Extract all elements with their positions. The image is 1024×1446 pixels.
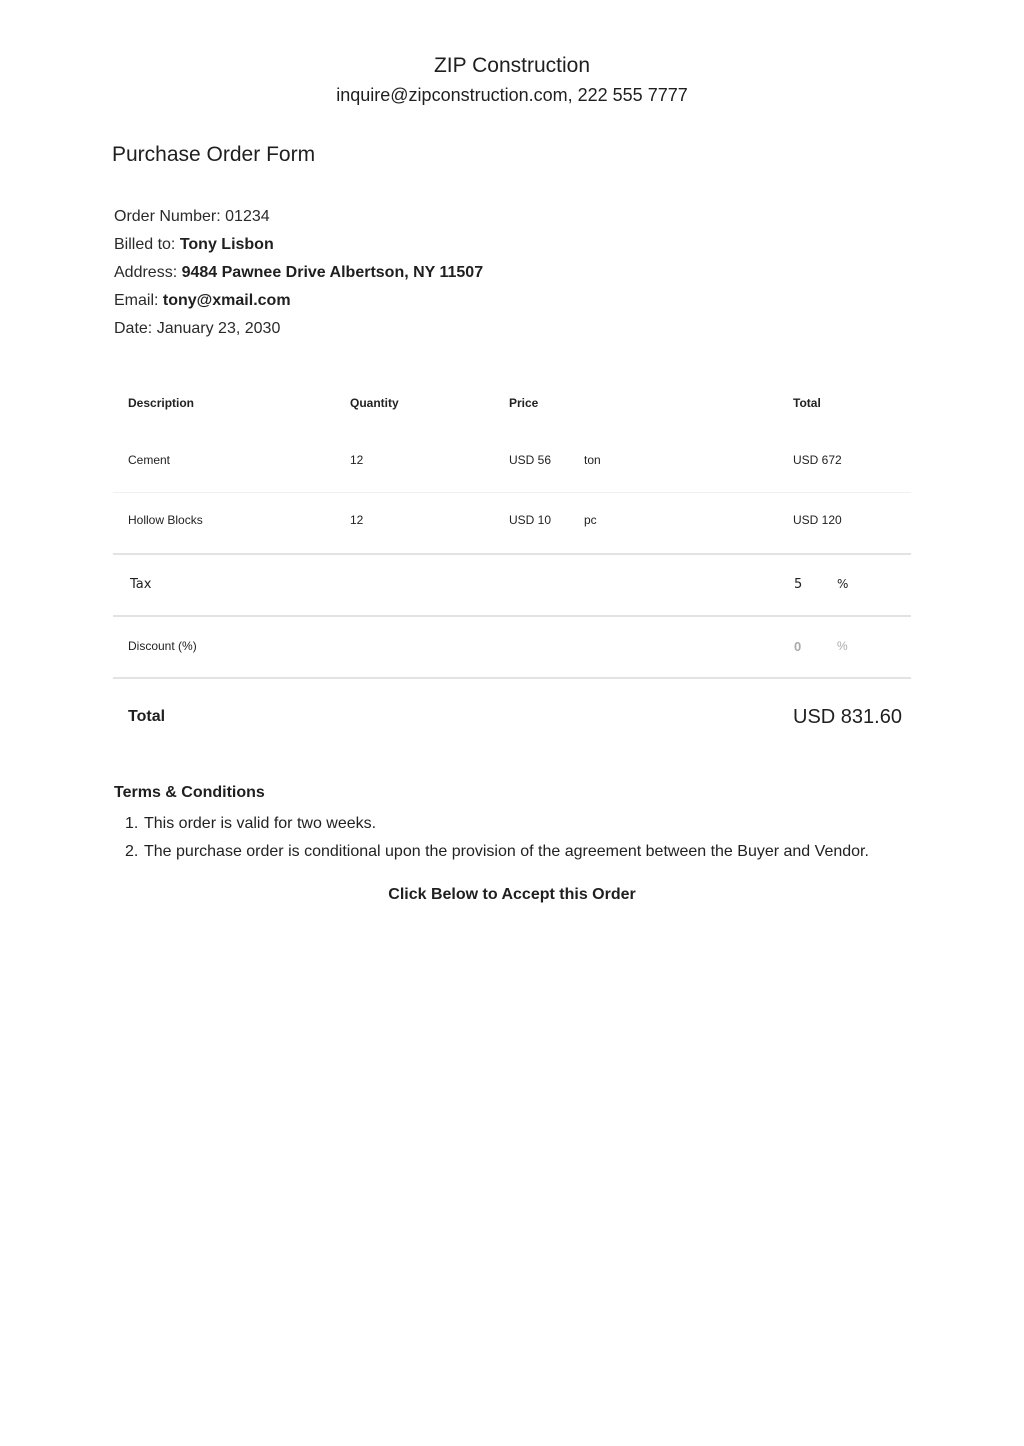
terms-item-text: This order is valid for two weeks. xyxy=(144,815,376,832)
tax-unit: % xyxy=(837,577,848,591)
terms-item-text: The purchase order is conditional upon t… xyxy=(144,843,869,860)
accept-order-text: Click Below to Accept this Order xyxy=(0,886,1024,904)
table-row: Hollow Blocks 12 USD 10 pc USD 120 xyxy=(113,493,911,555)
discount-row: Discount (%) 0 % xyxy=(113,617,911,679)
email-label: Email: xyxy=(114,292,163,309)
item-unit: pc xyxy=(584,513,597,527)
date-label: Date: xyxy=(114,320,157,337)
item-description: Hollow Blocks xyxy=(128,513,203,527)
terms-item-number: 2. xyxy=(125,838,138,866)
item-total: USD 120 xyxy=(793,513,842,527)
purchase-order-page: ZIP Construction inquire@zipconstruction… xyxy=(0,0,1024,1446)
order-number-label: Order Number: xyxy=(114,208,225,225)
tax-value[interactable]: 5 xyxy=(794,577,802,592)
billed-to-value: Tony Lisbon xyxy=(180,236,274,253)
terms-list: 1. This order is valid for two weeks. 2.… xyxy=(144,810,869,866)
discount-unit: % xyxy=(837,639,848,653)
items-table: Description Quantity Price Total Cement … xyxy=(113,372,911,759)
header-total: Total xyxy=(793,396,821,410)
billed-to-label: Billed to: xyxy=(114,236,180,253)
terms-title: Terms & Conditions xyxy=(114,784,265,802)
address-label: Address: xyxy=(114,264,182,281)
table-row: Cement 12 USD 56 ton USD 672 xyxy=(113,433,911,493)
date-value: January 23, 2030 xyxy=(157,320,281,337)
item-quantity: 12 xyxy=(350,453,363,467)
grand-total-label: Total xyxy=(128,708,165,726)
order-number-row: Order Number: 01234 xyxy=(114,203,483,231)
order-info: Order Number: 01234 Billed to: Tony Lisb… xyxy=(114,203,483,343)
grand-total-row: Total USD 831.60 xyxy=(113,679,911,759)
form-title: Purchase Order Form xyxy=(112,143,315,167)
item-unit: ton xyxy=(584,453,601,467)
email-value: tony@xmail.com xyxy=(163,292,291,309)
billed-to-row: Billed to: Tony Lisbon xyxy=(114,231,483,259)
item-price: USD 10 xyxy=(509,513,551,527)
address-row: Address: 9484 Pawnee Drive Albertson, NY… xyxy=(114,259,483,287)
header-price: Price xyxy=(509,396,538,410)
company-contact: inquire@zipconstruction.com, 222 555 777… xyxy=(0,85,1024,106)
email-row: Email: tony@xmail.com xyxy=(114,287,483,315)
order-number-value: 01234 xyxy=(225,208,270,225)
tax-row: Tax 5 % xyxy=(113,555,911,617)
tax-label: Tax xyxy=(130,577,151,592)
item-description: Cement xyxy=(128,453,170,467)
item-quantity: 12 xyxy=(350,513,363,527)
date-row: Date: January 23, 2030 xyxy=(114,315,483,343)
header-quantity: Quantity xyxy=(350,396,399,410)
company-name: ZIP Construction xyxy=(0,54,1024,78)
discount-label: Discount (%) xyxy=(128,639,197,653)
item-price: USD 56 xyxy=(509,453,551,467)
grand-total-value: USD 831.60 xyxy=(793,706,902,729)
address-value: 9484 Pawnee Drive Albertson, NY 11507 xyxy=(182,264,484,281)
header-description: Description xyxy=(128,396,194,410)
table-header: Description Quantity Price Total xyxy=(113,372,911,433)
discount-value[interactable]: 0 xyxy=(794,639,801,654)
item-total: USD 672 xyxy=(793,453,842,467)
terms-item-number: 1. xyxy=(125,810,138,838)
terms-item: 2. The purchase order is conditional upo… xyxy=(144,838,869,866)
terms-item: 1. This order is valid for two weeks. xyxy=(144,810,869,838)
